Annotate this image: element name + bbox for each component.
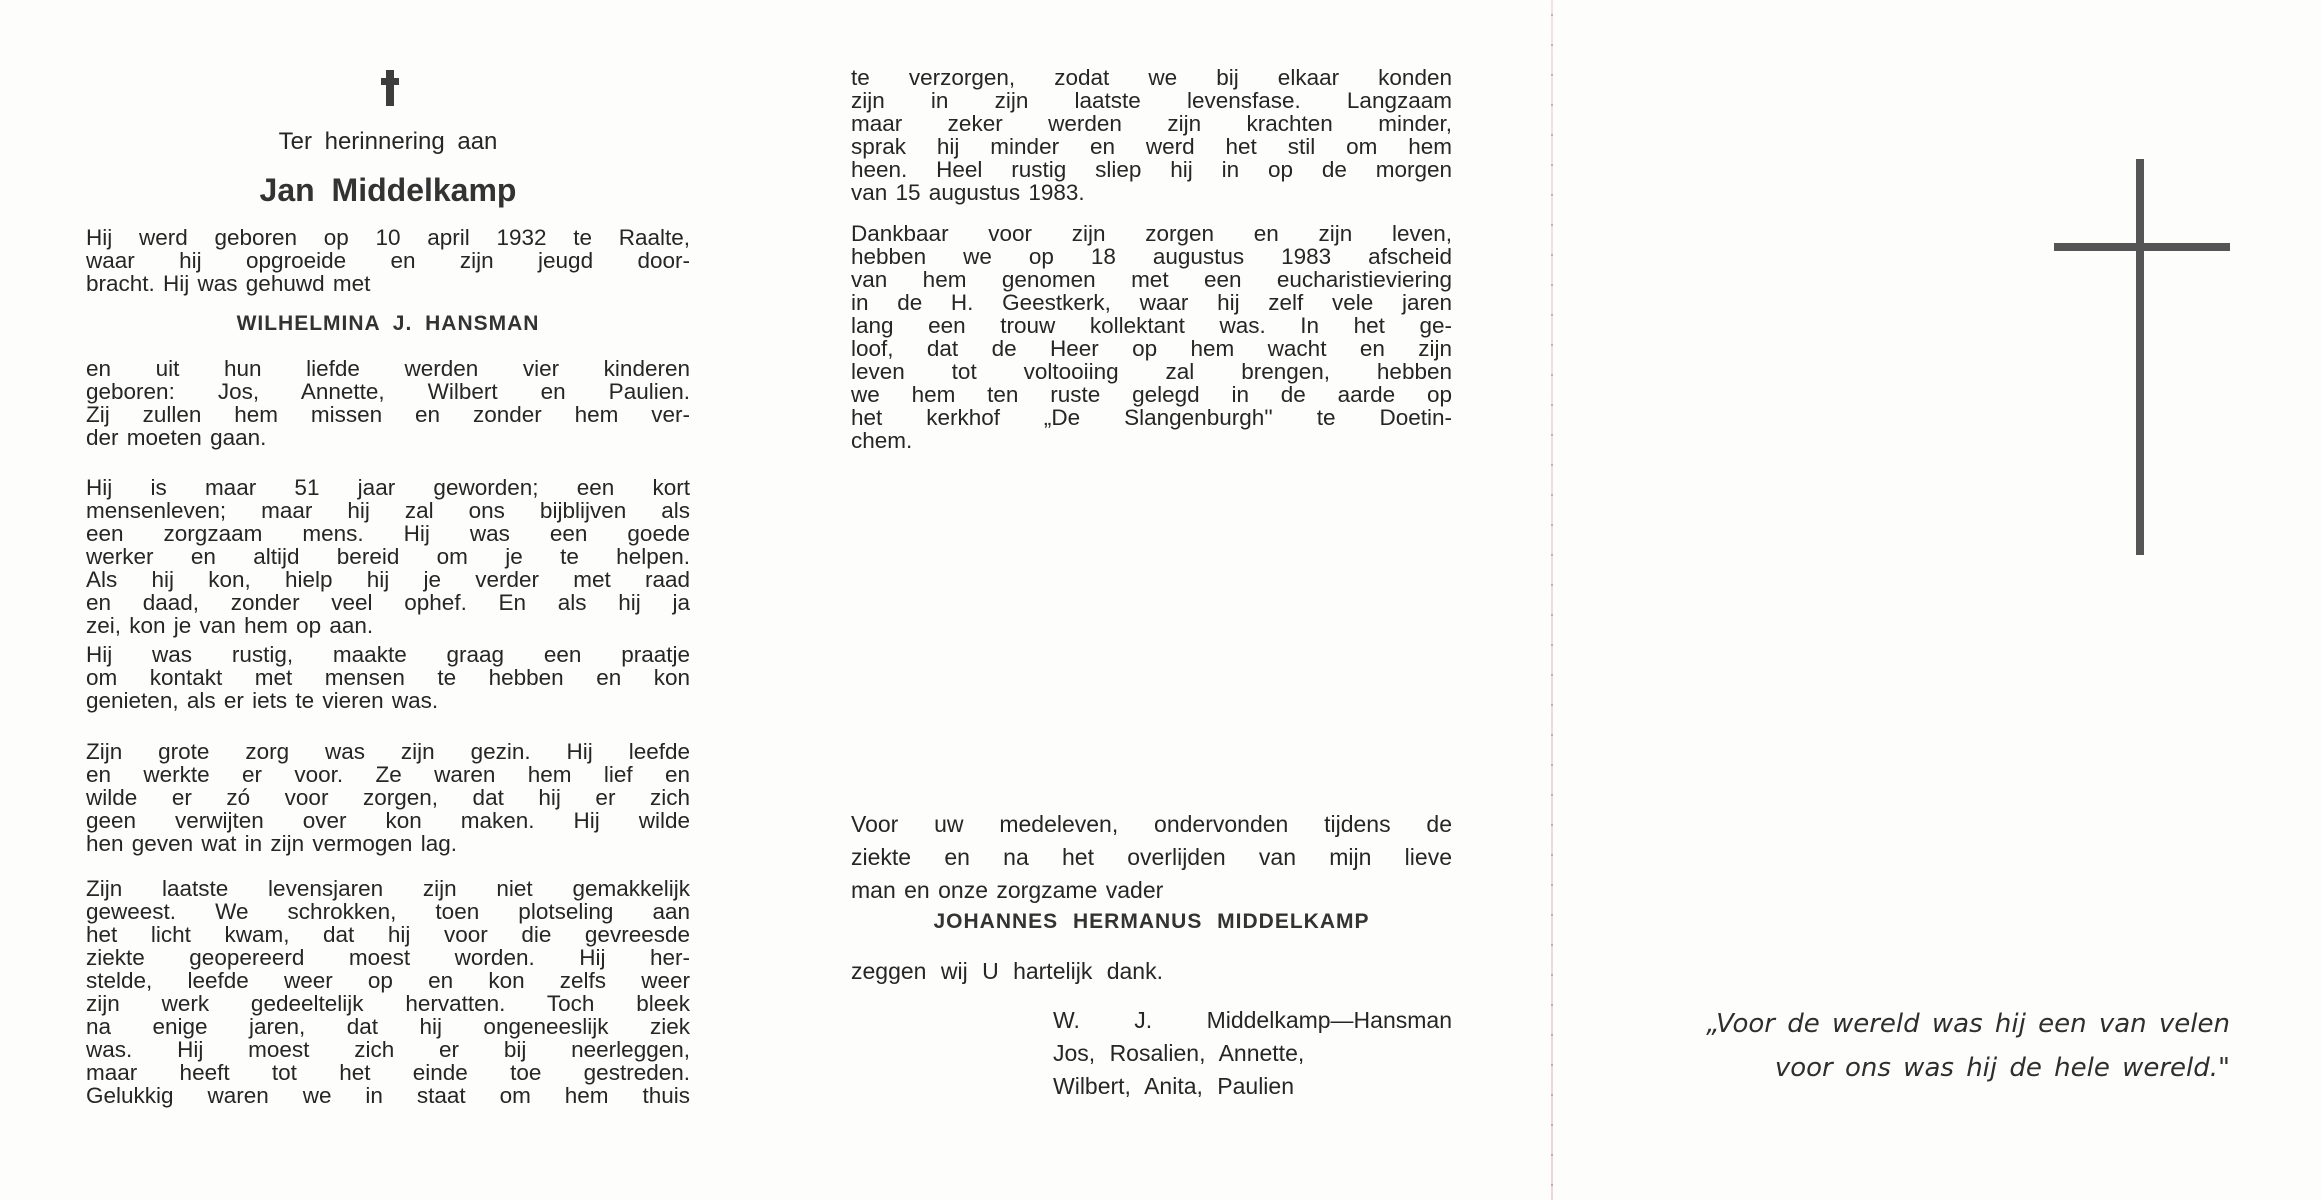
text-line: te verzorgen, zodat we bij elkaar konden bbox=[851, 66, 1452, 89]
life-paragraph: Hij is maar 51 jaar geworden; een kort m… bbox=[86, 476, 690, 637]
text-line: Zijn laatste levensjaren zijn niet gemak… bbox=[86, 877, 690, 900]
text-line: ziekte geopereerd moest worden. Hij her- bbox=[86, 946, 690, 969]
text-line: en werkte er voor. Ze waren hem lief en bbox=[86, 763, 690, 786]
signature-line: Wilbert, Anita, Paulien bbox=[1053, 1070, 1452, 1103]
birth-paragraph: Hij werd geboren op 10 april 1932 te Raa… bbox=[86, 226, 690, 295]
text-line: zijn werk gedeeltelijk hervatten. Toch b… bbox=[86, 992, 690, 1015]
quote-line: „Voor de wereld was hij een van velen bbox=[1706, 1002, 2230, 1046]
cross-beam bbox=[2054, 243, 2230, 251]
text-line: heen. Heel rustig sliep hij in op de mor… bbox=[851, 158, 1452, 181]
deceased-name: Jan Middelkamp bbox=[86, 172, 690, 209]
text-line: der moeten gaan. bbox=[86, 426, 690, 449]
text-line: was. Hij moest zich er bij neerleggen, bbox=[86, 1038, 690, 1061]
illness-paragraph: Zijn laatste levensjaren zijn niet gemak… bbox=[86, 877, 690, 1107]
text-line: Voor uw medeleven, ondervonden tijdens d… bbox=[851, 808, 1452, 841]
text-line: Zij zullen hem missen en zonder hem ver- bbox=[86, 403, 690, 426]
text-line: zijn in zijn laatste levensfase. Langzaa… bbox=[851, 89, 1452, 112]
text-line: geen verwijten over kon maken. Hij wilde bbox=[86, 809, 690, 832]
text-line: Hij is maar 51 jaar geworden; een kort bbox=[86, 476, 690, 499]
quote-line: voor ons was hij de hele wereld." bbox=[1706, 1046, 2230, 1090]
signature-line: Jos, Rosalien, Annette, bbox=[1053, 1037, 1452, 1070]
text-line: het licht kwam, dat hij voor die gevrees… bbox=[86, 923, 690, 946]
signature-line: W. J. Middelkamp—Hansman bbox=[1053, 1004, 1452, 1037]
text-line: Hij werd geboren op 10 april 1932 te Raa… bbox=[86, 226, 690, 249]
memorial-intro: Ter herinnering aan bbox=[86, 128, 690, 156]
text-line: geboren: Jos, Annette, Wilbert en Paulie… bbox=[86, 380, 690, 403]
thanks-paragraph: Voor uw medeleven, ondervonden tijdens d… bbox=[851, 808, 1452, 907]
text-line: van 15 augustus 1983. bbox=[851, 181, 1452, 204]
memorial-card: Ter herinnering aan Jan Middelkamp Hij w… bbox=[0, 0, 2322, 1200]
text-line: loof, dat de Heer op hem wacht en zijn bbox=[851, 337, 1452, 360]
text-line: leven tot voltooiing zal brengen, hebben bbox=[851, 360, 1452, 383]
cross-upright bbox=[2136, 159, 2144, 555]
family-signatures: W. J. Middelkamp—Hansman Jos, Rosalien, … bbox=[1053, 1004, 1452, 1103]
text-line: een zorgzaam mens. Hij was een goede bbox=[86, 522, 690, 545]
text-line: Dankbaar voor zijn zorgen en zijn leven, bbox=[851, 222, 1452, 245]
thanks-closing: zeggen wij U hartelijk dank. bbox=[851, 958, 1163, 985]
text-line: na enige jaren, dat hij ongeneeslijk zie… bbox=[86, 1015, 690, 1038]
text-line: chem. bbox=[851, 429, 1452, 452]
text-line: om kontakt met mensen te hebben en kon bbox=[86, 666, 690, 689]
text-line: lang een trouw kollektant was. In het ge… bbox=[851, 314, 1452, 337]
large-cross-icon bbox=[2054, 159, 2230, 555]
text-line: het kerkhof „De Slangenburgh'' te Doetin… bbox=[851, 406, 1452, 429]
fold-line bbox=[1551, 0, 1553, 1200]
text-line: bracht. Hij was gehuwd met bbox=[86, 272, 690, 295]
cross-icon bbox=[386, 70, 394, 106]
text-line: maar heeft tot het einde toe gestreden. bbox=[86, 1061, 690, 1084]
text-line: wilde er zó voor zorgen, dat hij er zich bbox=[86, 786, 690, 809]
text-line: Als hij kon, hielp hij je verder met raa… bbox=[86, 568, 690, 591]
text-line: van hem genomen met een eucharistievieri… bbox=[851, 268, 1452, 291]
deceased-full-name: JOHANNES HERMANUS MIDDELKAMP bbox=[851, 910, 1452, 934]
text-line: Hij was rustig, maakte graag een praatje bbox=[86, 643, 690, 666]
text-line: hen geven wat in zijn vermogen lag. bbox=[86, 832, 690, 855]
text-line: hebben we op 18 augustus 1983 afscheid bbox=[851, 245, 1452, 268]
text-line: mensenleven; maar hij zal ons bijblijven… bbox=[86, 499, 690, 522]
text-line: en daad, zonder veel ophef. En als hij j… bbox=[86, 591, 690, 614]
farewell-paragraph: Dankbaar voor zijn zorgen en zijn leven,… bbox=[851, 222, 1452, 452]
text-line: Zijn grote zorg was zijn gezin. Hij leef… bbox=[86, 740, 690, 763]
text-line: maar zeker werden zijn krachten minder, bbox=[851, 112, 1452, 135]
spouse-name: WILHELMINA J. HANSMAN bbox=[86, 312, 690, 336]
text-line: waar hij opgroeide en zijn jeugd door- bbox=[86, 249, 690, 272]
text-line: geweest. We schrokken, toen plotseling a… bbox=[86, 900, 690, 923]
text-line: werker en altijd bereid om je te helpen. bbox=[86, 545, 690, 568]
text-line: in de H. Geestkerk, waar hij zelf vele j… bbox=[851, 291, 1452, 314]
final-days-paragraph: te verzorgen, zodat we bij elkaar konden… bbox=[851, 66, 1452, 204]
text-line: genieten, als er iets te vieren was. bbox=[86, 689, 690, 712]
text-line: we hem ten ruste gelegd in de aarde op bbox=[851, 383, 1452, 406]
text-line: stelde, leefde weer op en kon zelfs weer bbox=[86, 969, 690, 992]
memorial-quote: „Voor de wereld was hij een van velen vo… bbox=[1706, 1002, 2230, 1090]
character-paragraph: Hij was rustig, maakte graag een praatje… bbox=[86, 643, 690, 712]
text-line: man en onze zorgzame vader bbox=[851, 874, 1452, 907]
text-line: Gelukkig waren we in staat om hem thuis bbox=[86, 1084, 690, 1107]
text-line: ziekte en na het overlijden van mijn lie… bbox=[851, 841, 1452, 874]
children-paragraph: en uit hun liefde werden vier kinderen g… bbox=[86, 357, 690, 449]
text-line: zei, kon je van hem op aan. bbox=[86, 614, 690, 637]
text-line: sprak hij minder en werd het stil om hem bbox=[851, 135, 1452, 158]
text-line: en uit hun liefde werden vier kinderen bbox=[86, 357, 690, 380]
family-paragraph: Zijn grote zorg was zijn gezin. Hij leef… bbox=[86, 740, 690, 855]
